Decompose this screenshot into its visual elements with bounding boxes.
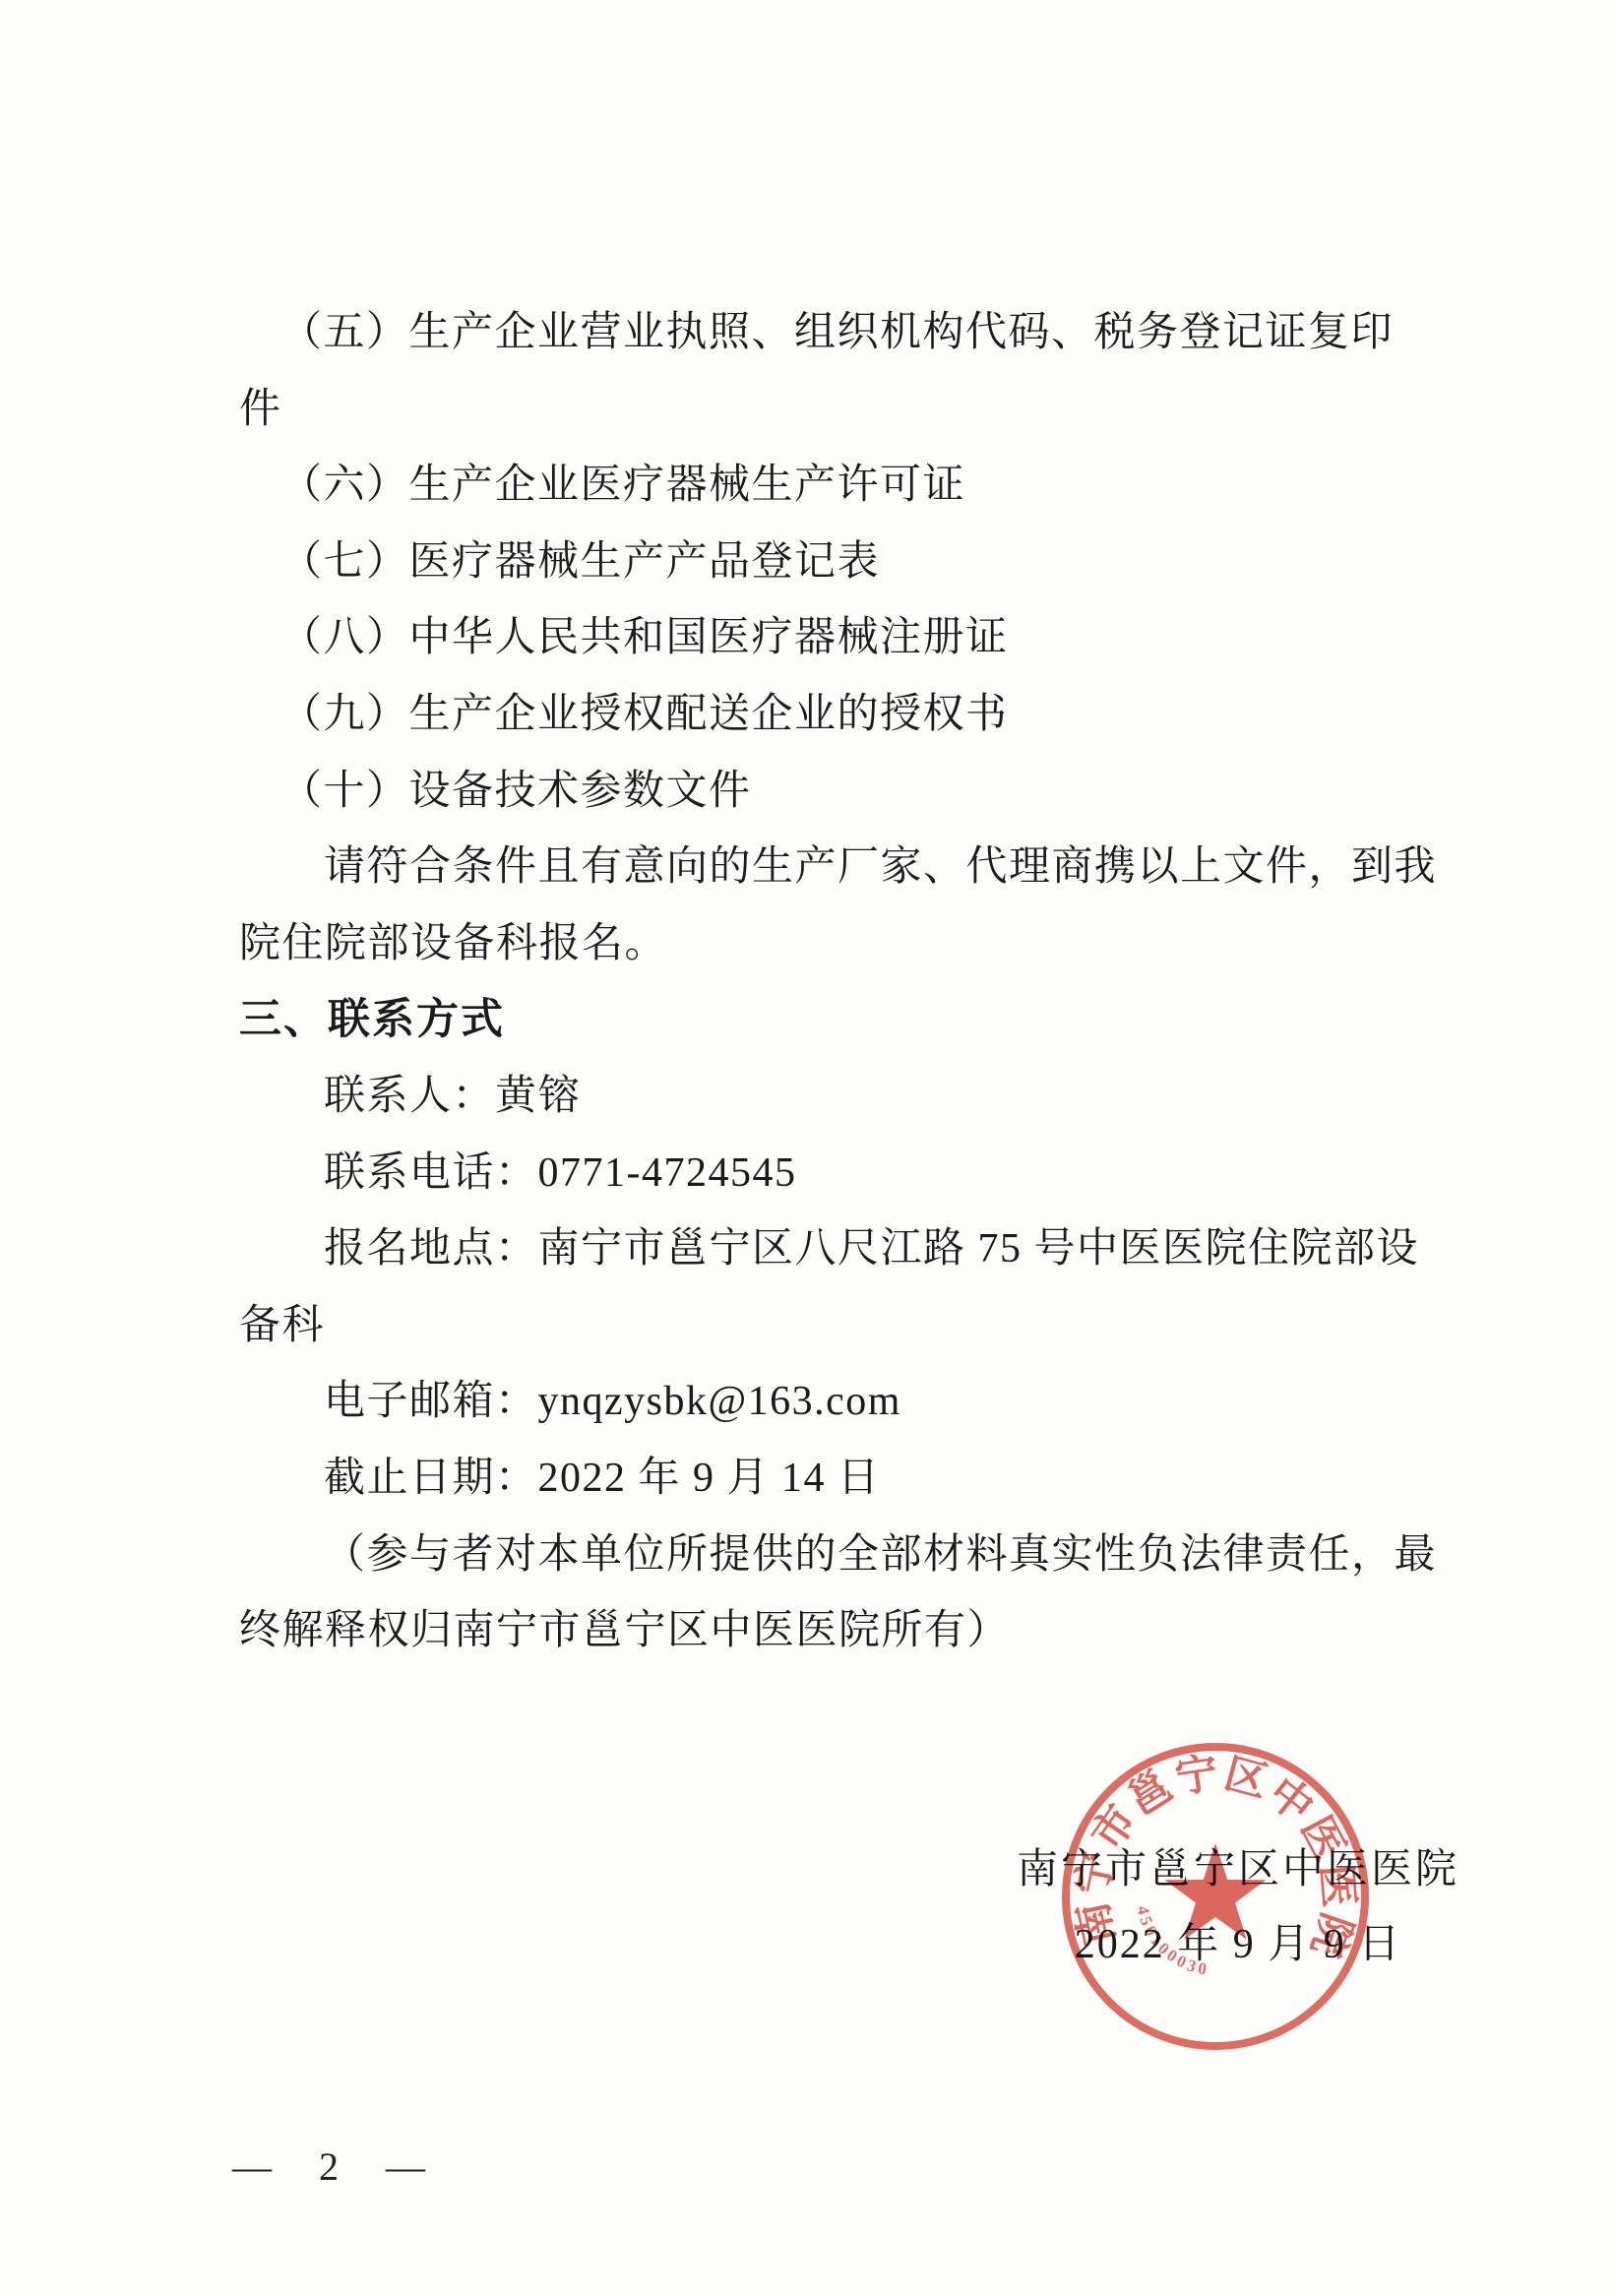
- page-number: — 2 —: [232, 2143, 439, 2190]
- document-page: （五）生产企业营业执照、组织机构代码、税务登记证复印件（六）生产企业医疗器械生产…: [0, 0, 1613, 2296]
- text-line: 件: [239, 372, 1479, 449]
- text-line: （七）医疗器械生产产品登记表: [239, 525, 1479, 601]
- text-line: （九）生产企业授权配送企业的授权书: [239, 677, 1479, 754]
- text-line: 截止日期：2022 年 9 月 14 日: [239, 1441, 1479, 1518]
- text-line: 报名地点：南宁市邕宁区八尺江路 75 号中医医院住院部设: [239, 1211, 1479, 1288]
- text-line: （八）中华人民共和国医疗器械注册证: [239, 600, 1479, 677]
- text-line: （五）生产企业营业执照、组织机构代码、税务登记证复印: [239, 295, 1479, 372]
- signature-organization: 南宁市邕宁区中医医院: [1017, 1832, 1459, 1907]
- text-line: 请符合条件且有意向的生产厂家、代理商携以上文件，到我: [239, 830, 1479, 906]
- text-line: 终解释权归南宁市邕宁区中医医院所有）: [239, 1593, 1479, 1670]
- text-line: 电子邮箱：ynqzysbk@163.com: [239, 1364, 1479, 1441]
- text-line: 院住院部设备科报名。: [239, 906, 1479, 983]
- section-heading: 三、联系方式: [239, 982, 1479, 1059]
- signature-date: 2022 年 9 月 9 日: [1017, 1907, 1459, 1982]
- text-line: 备科: [239, 1288, 1479, 1365]
- text-line: （六）生产企业医疗器械生产许可证: [239, 448, 1479, 525]
- text-line: 联系电话：0771-4724545: [239, 1136, 1479, 1212]
- text-line: （参与者对本单位所提供的全部材料真实性负法律责任，最: [239, 1518, 1479, 1594]
- document-lines: （五）生产企业营业执照、组织机构代码、税务登记证复印件（六）生产企业医疗器械生产…: [239, 295, 1479, 1670]
- signature-block: 南宁市邕宁区中医医院 2022 年 9 月 9 日: [1017, 1832, 1459, 1982]
- text-line: 联系人：黄镕: [239, 1059, 1479, 1136]
- text-line: （十）设备技术参数文件: [239, 754, 1479, 831]
